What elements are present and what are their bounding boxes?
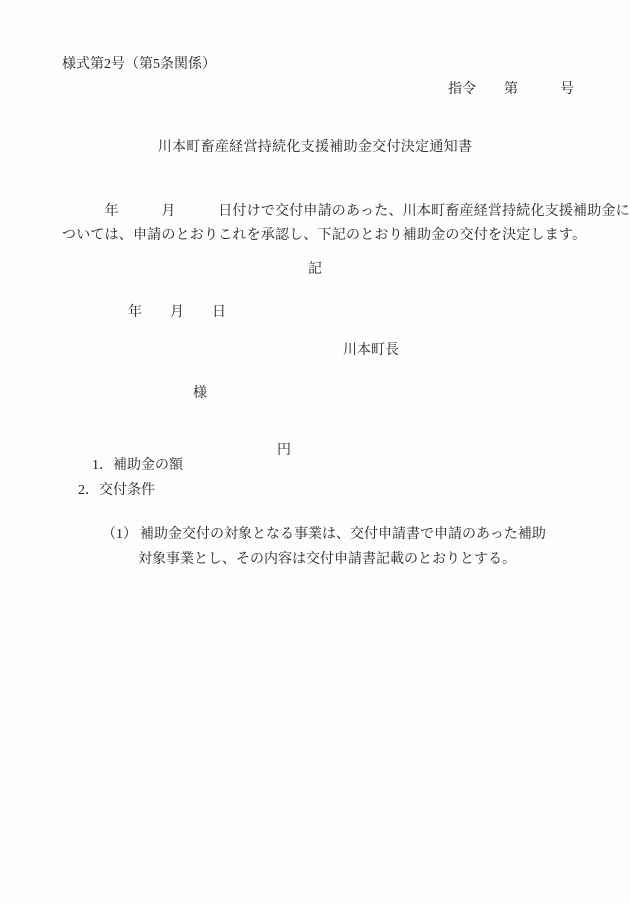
currency-unit-label: 円 — [277, 443, 291, 458]
body-paragraph-line-2: ついては、申請のとおりこれを承認し、下記のとおり補助金の交付を決定します。 — [62, 228, 586, 243]
record-marker: 記 — [0, 262, 630, 277]
condition-1-line-1: 補助金交付の対象となる事業は、交付申請書で申請のあった補助 — [140, 527, 546, 542]
directive-number-line: 指令 第 号 — [448, 82, 574, 97]
document-page: 様式第2号（第5条関係） 指令 第 号 川本町畜産経営持続化支援補助金交付決定通… — [0, 0, 630, 903]
item-grant-conditions-label: 2．交付条件 — [78, 483, 155, 498]
decision-date-line: 年 月 日 — [128, 305, 226, 320]
document-title: 川本町畜産経営持続化支援補助金交付決定通知書 — [0, 140, 630, 155]
condition-1-number: （1） — [102, 527, 137, 542]
form-number: 様式第2号（第5条関係） — [62, 57, 216, 72]
condition-1-line-2: 対象事業とし、その内容は交付申請書記載のとおりとする。 — [138, 552, 516, 567]
issuer-title: 川本町長 — [343, 343, 399, 358]
item-subsidy-amount-label: 1．補助金の額 — [92, 458, 183, 473]
addressee-honorific: 様 — [193, 386, 207, 401]
body-paragraph-line-1: 年 月 日付けで交付申請のあった、川本町畜産経営持続化支援補助金に — [62, 204, 630, 219]
